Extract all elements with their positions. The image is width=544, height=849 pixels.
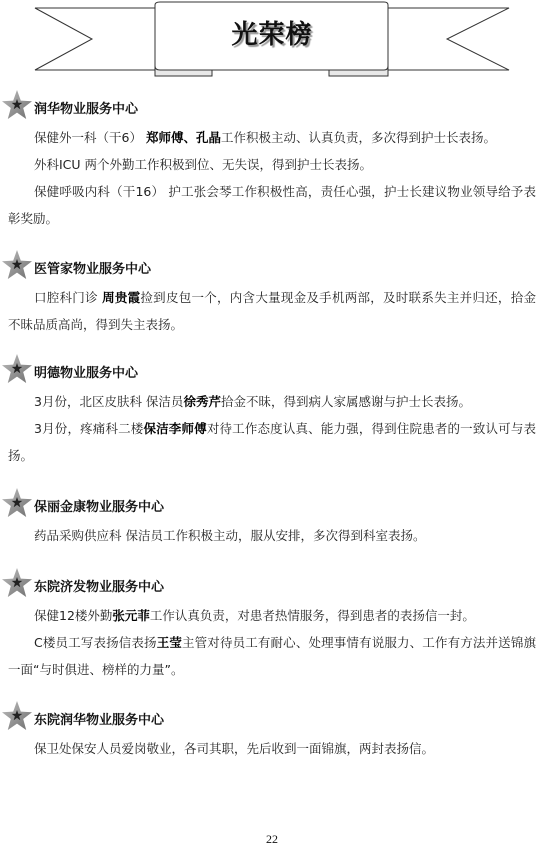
honoree-name: 郑师傅、孔晶 — [146, 130, 221, 145]
commendation-paragraph: 3月份，北区皮肤科 保洁员徐秀芹拾金不昧，得到病人家属感谢与护士长表扬。 — [0, 388, 544, 415]
section-header: 保丽金康物业服务中心 — [0, 496, 544, 522]
honoree-name: 保洁李师傅 — [143, 421, 206, 436]
section-title: 东院济发物业服务中心 — [34, 576, 164, 595]
commendation-paragraph: 保健呼吸内科（干16） 护工张会琴工作积极性高，责任心强，护士长建议物业领导给予… — [0, 178, 544, 232]
section-title: 保丽金康物业服务中心 — [34, 496, 164, 515]
commendation-paragraph: 保卫处保安人员爱岗敬业，各司其职，先后收到一面锦旗，两封表扬信。 — [0, 735, 544, 762]
section: 医管家物业服务中心口腔科门诊 周贵霞捡到皮包一个，内含大量现金及手机两部，及时联… — [0, 258, 544, 338]
commendation-paragraph: 保健12楼外勤张元菲工作认真负责，对患者热情服务，得到患者的表扬信一封。 — [0, 602, 544, 629]
commendation-paragraph: 口腔科门诊 周贵霞捡到皮包一个，内含大量现金及手机两部，及时联系失主并归还，拾金… — [0, 284, 544, 338]
paragraph-text: 保健呼吸内科（干16） 护工张会琴工作积极性高，责任心强，护士长建议物业领导给予… — [8, 184, 536, 226]
section-header: 东院济发物业服务中心 — [0, 576, 544, 602]
page-number: 22 — [0, 832, 544, 847]
section-title: 东院润华物业服务中心 — [34, 709, 164, 728]
paragraph-text: 3月份，疼痛科二楼 — [34, 421, 143, 436]
honoree-name: 王莹 — [157, 635, 182, 650]
section-header: 润华物业服务中心 — [0, 98, 544, 124]
honoree-name: 张元菲 — [112, 608, 150, 623]
paragraph-text: 药品采购供应科 保洁员工作积极主动，服从安排，多次得到科室表扬。 — [34, 528, 425, 543]
honoree-name: 周贵霞 — [102, 290, 140, 305]
paragraph-text: 保卫处保安人员爱岗敬业，各司其职，先后收到一面锦旗，两封表扬信。 — [34, 741, 434, 756]
commendation-paragraph: 外科ICU 两个外勤工作积极到位、无失误，得到护士长表扬。 — [0, 151, 544, 178]
paragraph-text: 工作积极主动、认真负责，多次得到护士长表扬。 — [221, 130, 496, 145]
section-title: 明德物业服务中心 — [34, 362, 138, 381]
section-header: 明德物业服务中心 — [0, 362, 544, 388]
commendation-paragraph: 保健外一科（干6） 郑师傅、孔晶工作积极主动、认真负责，多次得到护士长表扬。 — [0, 124, 544, 151]
paragraph-text: 保健外一科（干6） — [34, 130, 146, 145]
star-icon — [2, 701, 32, 731]
section: 明德物业服务中心3月份，北区皮肤科 保洁员徐秀芹拾金不昧，得到病人家属感谢与护士… — [0, 362, 544, 469]
section-title: 润华物业服务中心 — [34, 98, 138, 117]
commendation-paragraph: 3月份，疼痛科二楼保洁李师傅对待工作态度认真、能力强，得到住院患者的一致认可与表… — [0, 415, 544, 469]
paragraph-text: 工作认真负责，对患者热情服务，得到患者的表扬信一封。 — [150, 608, 475, 623]
star-icon — [2, 250, 32, 280]
section-header: 医管家物业服务中心 — [0, 258, 544, 284]
star-icon — [2, 354, 32, 384]
star-icon — [2, 568, 32, 598]
star-icon — [2, 90, 32, 120]
section: 东院润华物业服务中心保卫处保安人员爱岗敬业，各司其职，先后收到一面锦旗，两封表扬… — [0, 709, 544, 762]
paragraph-text: C楼员工写表扬信表扬 — [34, 635, 157, 650]
honoree-name: 徐秀芹 — [183, 394, 221, 409]
section: 东院济发物业服务中心保健12楼外勤张元菲工作认真负责，对患者热情服务，得到患者的… — [0, 576, 544, 683]
page-title: 光荣榜 — [152, 14, 392, 51]
section: 保丽金康物业服务中心药品采购供应科 保洁员工作积极主动，服从安排，多次得到科室表… — [0, 496, 544, 549]
section-title: 医管家物业服务中心 — [34, 258, 151, 277]
paragraph-text: 保健12楼外勤 — [34, 608, 112, 623]
title-banner: 光荣榜 — [0, 0, 544, 80]
paragraph-text: 拾金不昧，得到病人家属感谢与护士长表扬。 — [221, 394, 471, 409]
paragraph-text: 外科ICU 两个外勤工作积极到位、无失误，得到护士长表扬。 — [34, 157, 372, 172]
paragraph-text: 口腔科门诊 — [34, 290, 102, 305]
commendation-paragraph: C楼员工写表扬信表扬王莹主管对待员工有耐心、处理事情有说服力、工作有方法并送锦旗… — [0, 629, 544, 683]
section: 润华物业服务中心保健外一科（干6） 郑师傅、孔晶工作积极主动、认真负责，多次得到… — [0, 98, 544, 232]
section-header: 东院润华物业服务中心 — [0, 709, 544, 735]
paragraph-text: 3月份，北区皮肤科 保洁员 — [34, 394, 183, 409]
commendation-paragraph: 药品采购供应科 保洁员工作积极主动，服从安排，多次得到科室表扬。 — [0, 522, 544, 549]
star-icon — [2, 488, 32, 518]
